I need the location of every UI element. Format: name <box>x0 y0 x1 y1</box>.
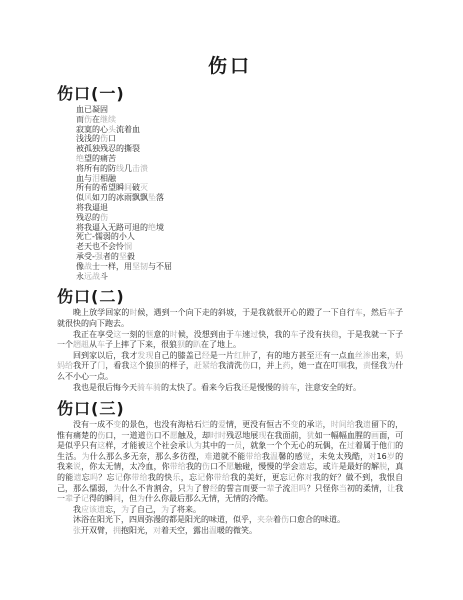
muted-char-run: 爱 <box>218 420 226 429</box>
muted-char-run: 妈妈给 <box>57 351 403 371</box>
poem-line: 被孤独残忍的撕裂 <box>76 144 403 154</box>
muted-char-run: 间 <box>113 494 121 503</box>
muted-char-run: 时 <box>129 308 137 317</box>
muted-char-run: 记 <box>288 473 296 482</box>
muted-char-run: 击溃 <box>132 164 148 173</box>
muted-char-run: 为 <box>113 484 121 493</box>
muted-char-run: 为 <box>186 484 194 493</box>
poem-line: 老天也不会怜悯 <box>76 242 403 252</box>
muted-char-run: 绝 <box>148 223 156 232</box>
section-2: 伤口(二)晚上放学回家的时候，遇到一个向下走的斜坡，于是我就很开心的蹬了一下自行… <box>57 288 403 393</box>
muted-char-run: 红肿 <box>234 351 250 360</box>
muted-char-run: 遗 <box>299 462 307 471</box>
muted-char-run: 伤 <box>97 431 105 440</box>
muted-char-run: 门 <box>97 361 105 370</box>
muted-char-run: 还 <box>241 383 249 392</box>
muted-char-run: 让 <box>387 484 395 493</box>
muted-char-run: 时时 <box>210 431 226 440</box>
muted-char-run: 丝渗 <box>355 351 371 360</box>
prose-body: 没有一成不变的景色，也没有海枯石烂的爱情，更没有恒古不变的承诺，时间给我遗留下的… <box>57 420 403 537</box>
muted-char-run: 辈 <box>266 484 274 493</box>
section-heading: 伤口(三) <box>57 400 403 418</box>
document-sections: 伤口(一)血已凝固而伤在继续寂寞的心头流着血浅浅的伤口被孤独残忍的撕裂绝望的痛苦… <box>57 85 403 537</box>
muted-char-run: 狈 <box>154 361 162 370</box>
muted-char-run: 遗 <box>74 473 82 482</box>
poem-line: 永远战斗 <box>76 272 403 282</box>
poem-line: 绝望的痛苦 <box>76 154 403 164</box>
muted-char-run: 愿 <box>226 462 234 471</box>
prose-body: 晚上放学回家的时候，遇到一个向下走的斜坡，于是我就很开心的蹬了一下自行车，然后车… <box>57 308 403 393</box>
muted-char-run: 对 <box>368 452 376 461</box>
muted-char-run: 骑车骑 <box>137 383 161 392</box>
muted-char-run: 这 <box>97 441 105 450</box>
muted-char-run: 夹杂 <box>257 515 273 524</box>
muted-char-run: 带给 <box>170 462 186 471</box>
poem-line: 死亡-懦弱的小人 <box>76 232 403 242</box>
muted-char-run: 现 <box>258 431 266 440</box>
muted-char-run: 强 <box>95 252 103 261</box>
muted-char-run: 车 <box>234 330 242 339</box>
muted-char-run: 员 <box>234 441 242 450</box>
muted-char-run: 说 <box>73 462 81 471</box>
muted-char-run: 带给 <box>131 473 148 482</box>
muted-char-run: 时 <box>170 330 178 339</box>
muted-char-run: 过 <box>250 330 258 339</box>
muted-char-run: 灭 <box>140 183 148 192</box>
muted-char-run: 嘱 <box>339 361 347 370</box>
section-heading: 伤口(一) <box>57 85 403 103</box>
muted-char-run: 记 <box>197 473 205 482</box>
paragraph: 没有一成不变的景色，也没有海枯石烂的爱情，更没有恒古不变的承诺，时间给我遗留下的… <box>57 420 403 505</box>
muted-char-run: 继续 <box>100 115 116 124</box>
muted-char-run: 带给 <box>245 452 261 461</box>
muted-char-run: 难 <box>204 452 212 461</box>
muted-char-run: 车 <box>290 330 298 339</box>
muted-char-run: 绝 <box>76 154 84 163</box>
muted-char-run: 伤 <box>100 134 108 143</box>
muted-char-run: 对 <box>153 526 161 535</box>
muted-char-run: 线 <box>116 164 124 173</box>
poem-line: 寂寞的心头流着血 <box>76 125 403 135</box>
muted-char-run: 诺 <box>315 420 323 429</box>
muted-char-run: 车 <box>97 340 105 349</box>
muted-char-run: 为 <box>82 452 90 461</box>
muted-char-run: 经 <box>202 351 210 360</box>
muted-char-run: 应该遗 <box>81 505 105 514</box>
muted-char-run: 烂 <box>202 420 210 429</box>
paragraph: 晚上放学回家的时候，遇到一个向下走的斜坡，于是我就很开心的蹬了一下自行车，然后车… <box>57 308 403 329</box>
muted-char-run: 伤 <box>84 115 92 124</box>
section-1: 伤口(一)血已凝固而伤在继续寂寞的心头流着血浅浅的伤口被孤独残忍的撕裂绝望的痛苦… <box>57 85 403 281</box>
muted-char-run: 当 <box>339 484 347 493</box>
muted-char-run: 车 <box>355 308 363 317</box>
muted-char-run: 战 <box>84 262 92 271</box>
muted-char-run: 这 <box>129 361 137 370</box>
muted-char-run: 为 <box>121 505 129 514</box>
muted-char-run: 变 <box>290 420 298 429</box>
poem-line: 而伤在继续 <box>76 115 403 125</box>
muted-char-run: 许 <box>331 462 339 471</box>
poem-body: 血已凝固而伤在继续寂寞的心头流着血浅浅的伤口被孤独残忍的撕裂绝望的痛苦将所有的防… <box>76 105 403 281</box>
muted-char-run: 经 <box>210 484 218 493</box>
muted-char-run: 变 <box>113 420 121 429</box>
paragraph: 我应该遗忘，为了自己，为了将来。 <box>57 505 403 516</box>
document-title: 伤口 <box>57 54 403 78</box>
muted-char-run: 带给 <box>214 473 231 482</box>
muted-char-run: 张 <box>73 526 81 535</box>
muted-char-run: 愿 <box>170 431 178 440</box>
muted-char-run: 辈 <box>65 494 73 503</box>
muted-char-run: 车 <box>387 308 395 317</box>
muted-char-run: 伤 <box>281 515 289 524</box>
muted-char-run: 这 <box>113 330 121 339</box>
muted-char-run: 犹 <box>307 431 315 440</box>
muted-char-run: 为 <box>161 505 169 514</box>
poem-line: 残忍的伤 <box>76 213 403 223</box>
muted-char-run: 责 <box>363 361 371 370</box>
muted-char-run: 为 <box>387 361 395 370</box>
paragraph: 我正在享受这一刻的惬意的时候，没想到由于车速过快，我的车子没有扶稳，于是我就一下… <box>57 330 403 351</box>
poem-line: 血已凝固 <box>76 105 403 115</box>
muted-char-run: 岁 <box>387 452 395 461</box>
muted-char-run: 认为 <box>186 441 202 450</box>
muted-char-run: 伤 <box>146 431 154 440</box>
muted-char-run: 悯 <box>124 242 132 251</box>
muted-char-run: 温 <box>209 526 217 535</box>
muted-char-run: 远战 <box>84 272 100 281</box>
muted-char-run: 对 <box>304 473 312 482</box>
muted-char-run: 时间给 <box>331 420 355 429</box>
muted-char-run: 药 <box>283 361 291 370</box>
muted-char-run: 坚韧 <box>132 262 148 271</box>
muted-char-run: 赶紧给 <box>194 361 218 370</box>
muted-char-run: 温 <box>270 452 278 461</box>
poem-line: 将所有的防线几击溃 <box>76 164 403 174</box>
muted-char-run: 过 <box>347 441 355 450</box>
muted-char-run: 坚 <box>119 252 127 261</box>
poem-line: 浅浅的伤口 <box>76 134 403 144</box>
muted-char-run: 风 <box>84 193 92 202</box>
muted-char-run: 伤 <box>100 213 108 222</box>
muted-char-run: 记 <box>115 473 123 482</box>
muted-char-run: 乐 <box>172 473 180 482</box>
muted-char-run: 发现 <box>137 351 153 360</box>
paragraph: 我也是很后悔今天骑车骑的太快了。看来今后我还是慢慢的骑车，注意安全的好。 <box>57 383 403 394</box>
poem-line: 似风如刀的冰雨飘飘坠落 <box>76 193 403 203</box>
poem-line: 将我逼退 <box>76 203 403 213</box>
poem-line: 承受-强者的坚毅 <box>76 252 403 262</box>
muted-char-run: 画 <box>371 431 379 440</box>
muted-char-run: 吗 <box>90 473 98 482</box>
paragraph: 沐浴在阳光下，四周弥漫的都是阳光的味道，似乎，夹杂着伤口愈合的味道。 <box>57 515 403 526</box>
muted-char-run: 觉 <box>303 452 311 461</box>
muted-char-run: 泪吗 <box>291 484 307 493</box>
muted-char-run: 泪 <box>92 174 100 183</box>
muted-char-run: 拥 <box>113 526 121 535</box>
muted-char-run: 间 <box>124 183 132 192</box>
muted-char-run: 伤 <box>242 361 250 370</box>
section-3: 伤口(三)没有一成不变的景色，也没有海枯石烂的爱情，更没有恒古不变的承诺，时间给… <box>57 400 403 537</box>
muted-char-run: 为 <box>137 494 145 503</box>
muted-char-run: 坠 <box>148 193 156 202</box>
paragraph: 张开双臂，拥抱阳光，对着天空，露出温暖的微笑。 <box>57 526 403 537</box>
muted-char-run: 遗 <box>363 420 371 429</box>
poem-line: 将我逼入无路可退的绝境 <box>76 223 403 233</box>
muted-char-run: 稳 <box>331 330 339 339</box>
poem-line: 所有的希望瞬间破灭 <box>76 183 403 193</box>
muted-char-run: 记 <box>81 494 89 503</box>
muted-char-run: 头 <box>108 125 116 134</box>
poem-line: 血与泪相融 <box>76 174 403 184</box>
muted-char-run: 趴 <box>193 340 201 349</box>
section-heading: 伤口(二) <box>57 288 403 306</box>
document-page: 伤口 伤口(一)血已凝固而伤在继续寂寞的心头流着血浅浅的伤口被孤独残忍的撕裂绝望… <box>0 0 463 600</box>
muted-char-run: 趔趄 <box>73 340 89 349</box>
muted-char-run: 这 <box>146 441 154 450</box>
paragraph: 回到家以后，我才发现自己的膝盖已经是一片红肿了，有的地方甚至还有一点血丝渗出来，… <box>57 351 403 383</box>
muted-char-run: 们 <box>387 441 395 450</box>
muted-char-run: 还 <box>315 351 323 360</box>
poem-line: 像战士一样，用坚韧与不屈 <box>76 262 403 272</box>
muted-char-run: 脱 <box>379 462 387 471</box>
muted-char-run: 狈 <box>177 340 185 349</box>
muted-char-run: 伤 <box>202 462 210 471</box>
muted-char-run: 骑车 <box>281 383 297 392</box>
muted-char-run: 惬 <box>145 330 153 339</box>
